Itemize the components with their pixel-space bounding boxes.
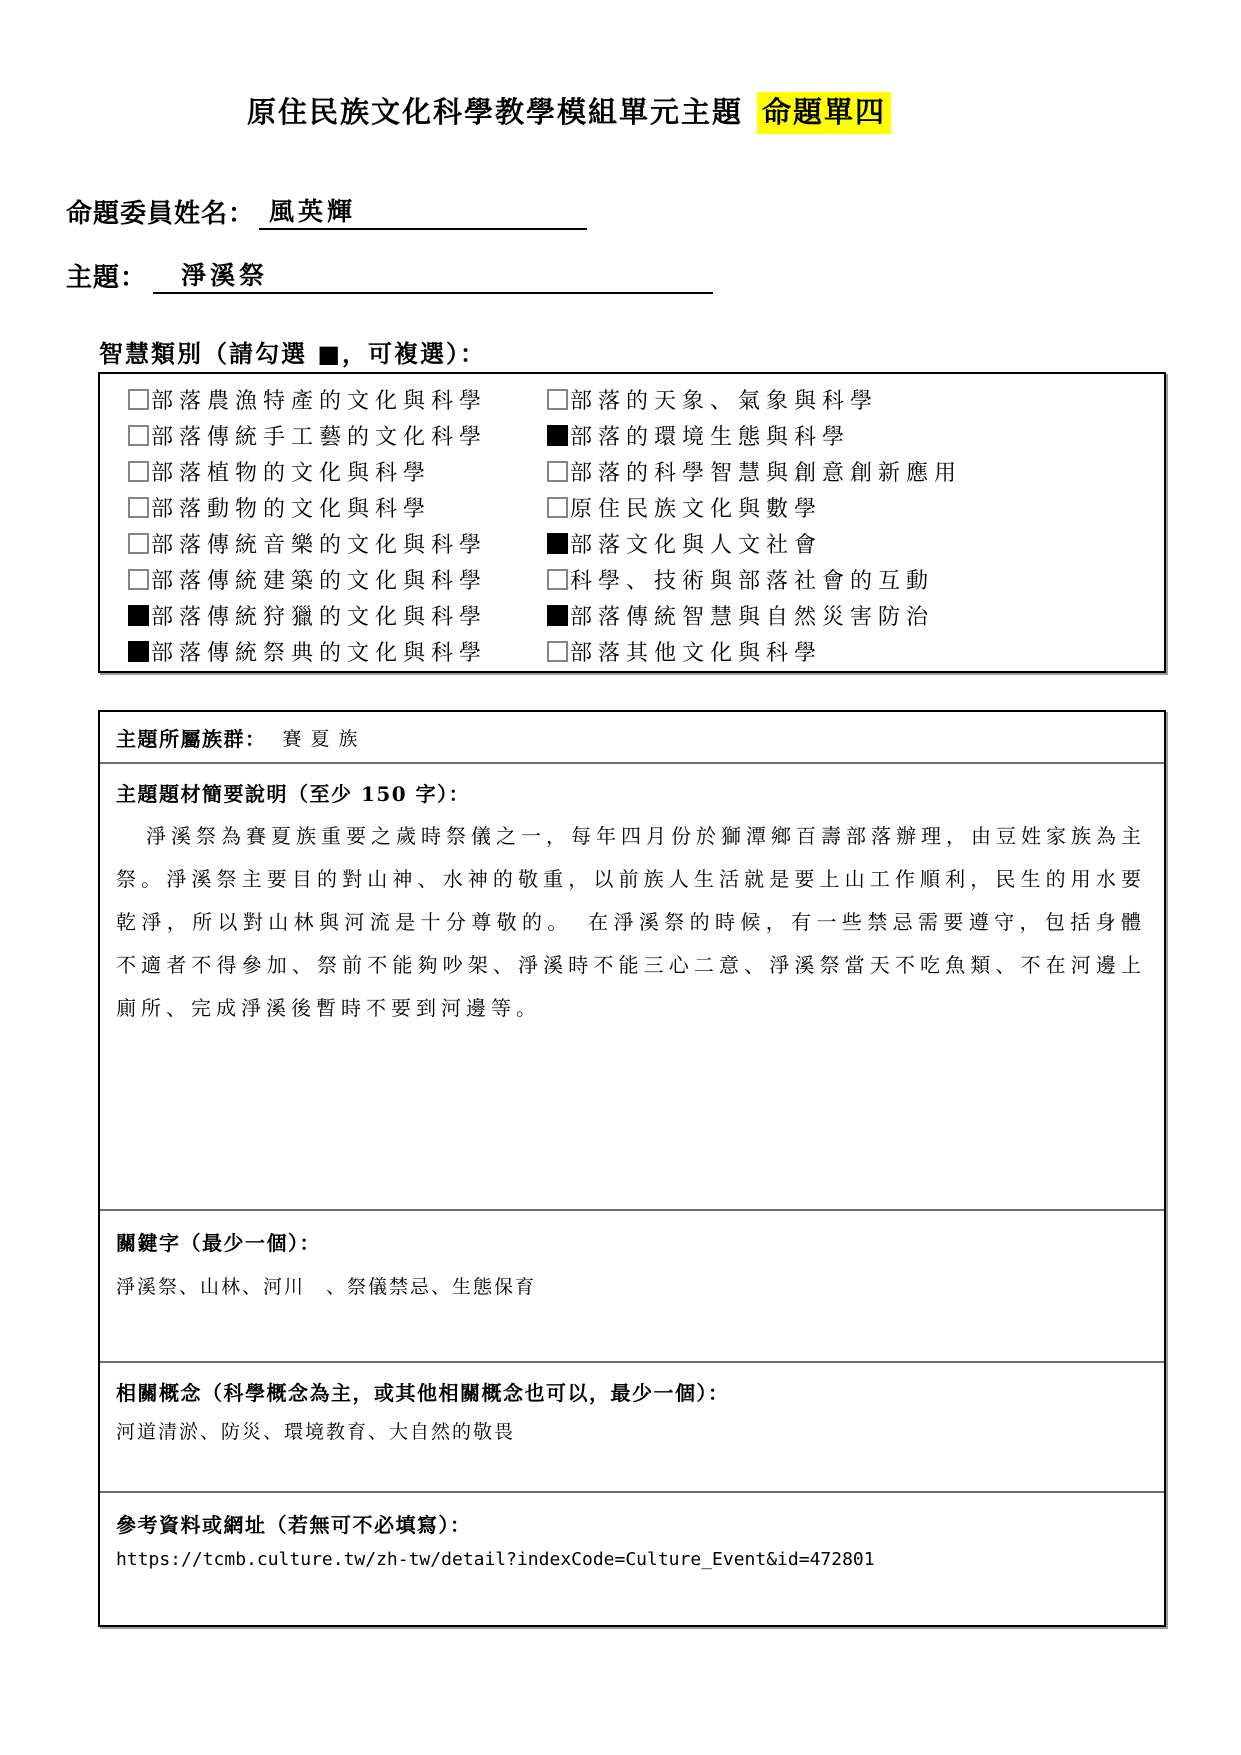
category-option-left-7[interactable]: 部落傳統祭典的文化與科學: [128, 633, 487, 669]
description-row: 主題題材簡要說明（至少 150 字）： 淨溪祭為賽夏族重要之歲時祭儀之一，每年四…: [100, 762, 1164, 1209]
category-option-label: 部落其他文化與科學: [570, 636, 822, 667]
keywords-row: 關鍵字（最少一個）： 淨溪祭、山林、河川 、祭儀禁忌、生態保育: [100, 1209, 1164, 1361]
checkbox-unchecked-icon[interactable]: [128, 425, 149, 446]
concepts-row: 相關概念（科學概念為主，或其他相關概念也可以，最少一個）： 河道清淤、防災、環境…: [100, 1361, 1164, 1491]
reference-label: 參考資料或網址（若無可不必填寫）：: [116, 1509, 1146, 1538]
ethnic-group-label: 主題所屬族群：: [116, 723, 267, 752]
checkbox-checked-icon[interactable]: [547, 425, 568, 446]
category-option-label: 部落傳統智慧與自然災害防治: [570, 600, 934, 631]
checkbox-unchecked-icon[interactable]: [128, 497, 149, 518]
committee-name-field[interactable]: 風英輝: [259, 192, 587, 230]
category-option-label: 部落傳統音樂的文化與科學: [151, 528, 487, 559]
category-column-right: 部落的天象、氣象與科學部落的環境生態與科學部落的科學智慧與創意創新應用原住民族文…: [547, 382, 962, 669]
category-option-label: 部落傳統手工藝的文化科學: [151, 420, 487, 451]
category-option-left-1[interactable]: 部落傳統手工藝的文化科學: [128, 418, 487, 454]
checkbox-checked-icon[interactable]: [547, 533, 568, 554]
category-option-left-2[interactable]: 部落植物的文化與科學: [128, 454, 487, 490]
category-option-label: 部落傳統狩獵的文化與科學: [151, 600, 487, 631]
category-option-left-4[interactable]: 部落傳統音樂的文化與科學: [128, 526, 487, 562]
title-text: 原住民族文化科學教學模組單元主題: [247, 95, 743, 129]
checkbox-unchecked-icon[interactable]: [128, 461, 149, 482]
category-option-label: 原住民族文化與數學: [570, 492, 822, 523]
category-option-left-5[interactable]: 部落傳統建築的文化與科學: [128, 561, 487, 597]
reference-url-link[interactable]: https://tcmb.culture.tw/zh-tw/detail?ind…: [116, 1549, 1146, 1570]
category-option-label: 部落的環境生態與科學: [570, 420, 850, 451]
checkbox-checked-icon[interactable]: [547, 605, 568, 626]
concepts-label: 相關概念（科學概念為主，或其他相關概念也可以，最少一個）：: [116, 1377, 1146, 1406]
checkbox-unchecked-icon[interactable]: [128, 569, 149, 590]
category-option-right-2[interactable]: 部落的科學智慧與創意創新應用: [547, 454, 962, 490]
document-page: 原住民族文化科學教學模組單元主題命題單四 命題委員姓名：風英輝 主題：淨溪祭 智…: [0, 0, 1241, 1755]
committee-name-row: 命題委員姓名：風英輝: [66, 192, 587, 230]
committee-name-value: 風英輝: [259, 197, 356, 226]
category-option-label: 部落植物的文化與科學: [151, 456, 431, 487]
form-table: 主題所屬族群： 賽夏族 主題題材簡要說明（至少 150 字）： 淨溪祭為賽夏族重…: [98, 710, 1166, 1627]
topic-label: 主題：: [66, 263, 147, 293]
checkbox-unchecked-icon[interactable]: [128, 389, 149, 410]
category-option-right-0[interactable]: 部落的天象、氣象與科學: [547, 382, 962, 418]
category-option-right-3[interactable]: 原住民族文化與數學: [547, 490, 962, 526]
keywords-label: 關鍵字（最少一個）：: [116, 1227, 1146, 1256]
checkbox-unchecked-icon[interactable]: [547, 497, 568, 518]
category-checkbox-group: 部落農漁特產的文化與科學部落傳統手工藝的文化科學部落植物的文化與科學部落動物的文…: [98, 372, 1166, 673]
category-option-label: 部落農漁特產的文化與科學: [151, 384, 487, 415]
ethnic-group-value: 賽夏族: [283, 724, 367, 751]
topic-value: 淨溪祭: [153, 261, 268, 290]
category-option-label: 部落的天象、氣象與科學: [570, 384, 878, 415]
category-option-label: 部落傳統建築的文化與科學: [151, 564, 487, 595]
checkbox-unchecked-icon[interactable]: [547, 461, 568, 482]
title-highlight: 命題單四: [757, 92, 891, 134]
page-title: 原住民族文化科學教學模組單元主題命題單四: [247, 90, 891, 131]
category-option-left-3[interactable]: 部落動物的文化與科學: [128, 490, 487, 526]
concepts-value: 河道清淤、防災、環境教育、大自然的敬畏: [116, 1417, 1146, 1444]
checkbox-checked-icon[interactable]: [128, 605, 149, 626]
checkbox-unchecked-icon[interactable]: [547, 641, 568, 662]
checkbox-unchecked-icon[interactable]: [547, 389, 568, 410]
category-option-right-5[interactable]: 科學、技術與部落社會的互動: [547, 561, 962, 597]
checkbox-checked-icon[interactable]: [128, 641, 149, 662]
category-option-label: 部落文化與人文社會: [570, 528, 822, 559]
category-option-left-0[interactable]: 部落農漁特產的文化與科學: [128, 382, 487, 418]
checkbox-unchecked-icon[interactable]: [547, 569, 568, 590]
category-option-left-6[interactable]: 部落傳統狩獵的文化與科學: [128, 597, 487, 633]
topic-row: 主題：淨溪祭: [66, 256, 713, 294]
description-text: 淨溪祭為賽夏族重要之歲時祭儀之一，每年四月份於獅潭鄉百壽部落辦理，由豆姓家族為主…: [116, 815, 1146, 1030]
keywords-value: 淨溪祭、山林、河川 、祭儀禁忌、生態保育: [116, 1272, 1146, 1299]
category-header: 智慧類別（請勾選 ■，可複選）：: [99, 334, 486, 369]
category-option-right-1[interactable]: 部落的環境生態與科學: [547, 418, 962, 454]
category-option-right-7[interactable]: 部落其他文化與科學: [547, 633, 962, 669]
topic-field[interactable]: 淨溪祭: [153, 256, 713, 294]
category-option-label: 部落傳統祭典的文化與科學: [151, 636, 487, 667]
checkbox-unchecked-icon[interactable]: [128, 533, 149, 554]
ethnic-group-row: 主題所屬族群： 賽夏族: [100, 712, 1164, 762]
category-option-label: 科學、技術與部落社會的互動: [570, 564, 934, 595]
reference-row: 參考資料或網址（若無可不必填寫）： https://tcmb.culture.t…: [100, 1491, 1164, 1625]
description-label: 主題題材簡要說明（至少 150 字）：: [116, 778, 1146, 807]
category-option-label: 部落的科學智慧與創意創新應用: [570, 456, 962, 487]
committee-name-label: 命題委員姓名：: [66, 199, 255, 229]
category-option-right-4[interactable]: 部落文化與人文社會: [547, 526, 962, 562]
category-option-label: 部落動物的文化與科學: [151, 492, 431, 523]
category-column-left: 部落農漁特產的文化與科學部落傳統手工藝的文化科學部落植物的文化與科學部落動物的文…: [128, 382, 487, 669]
category-option-right-6[interactable]: 部落傳統智慧與自然災害防治: [547, 597, 962, 633]
